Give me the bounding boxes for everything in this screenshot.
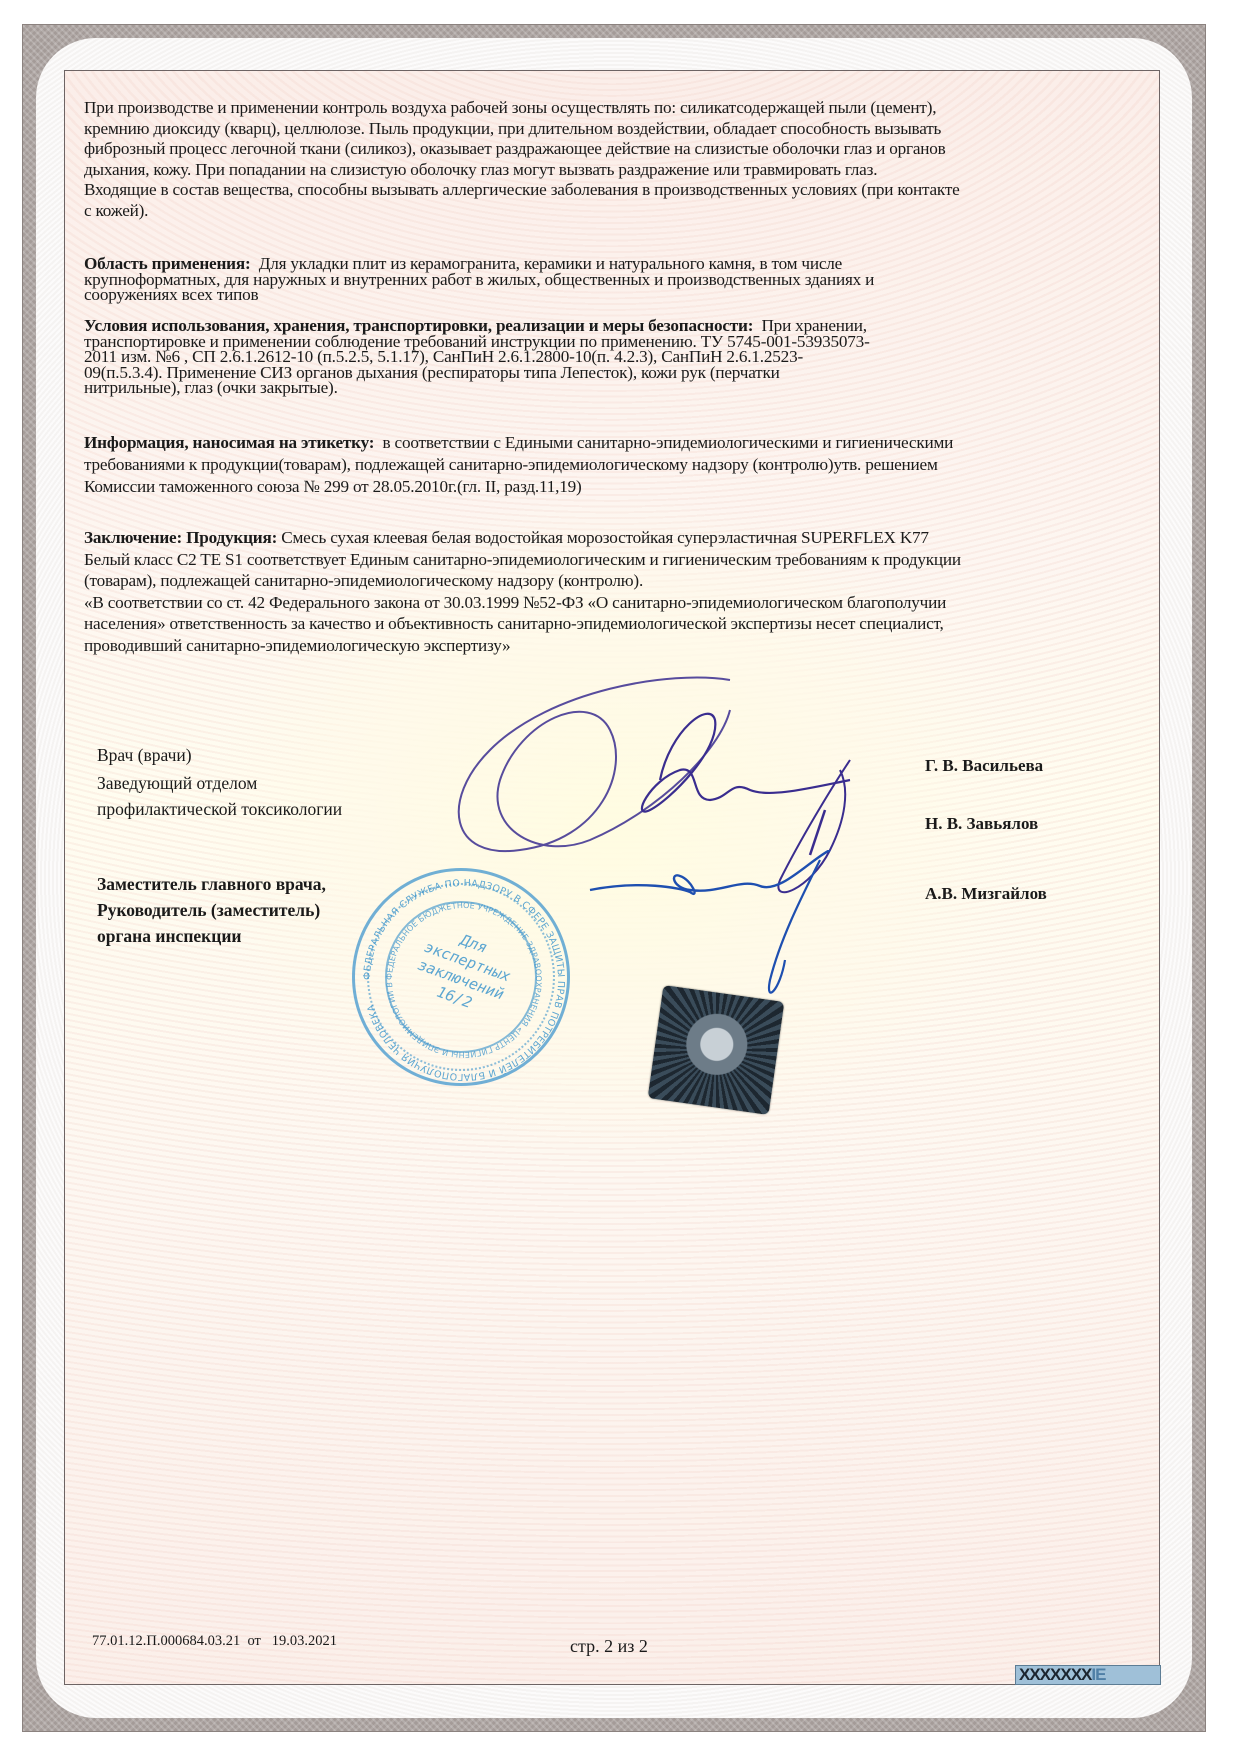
official-stamp: ФЕДЕРАЛЬНАЯ СЛУЖБА ПО НАДЗОРУ В СФЕРЕ ЗА… — [352, 868, 570, 1086]
deputy-name: А.В. Мизгайлов — [925, 884, 1047, 904]
deputy-label-line1: Заместитель главного врача, — [97, 871, 326, 897]
label-info-section: Информация, наносимая на этикетку: в соо… — [84, 432, 1164, 498]
intro-line: Входящие в состав вещества, способны выз… — [84, 180, 1164, 201]
conditions-line: нитрильные), глаз (очки закрытые). — [84, 380, 1164, 396]
label-info-line: требованиями к продукции(товарам), подле… — [84, 454, 1164, 476]
scope-line: сооружениях всех типов — [84, 287, 1164, 303]
intro-line: фиброзный процесс легочной ткани (силико… — [84, 139, 1164, 160]
conditions-section: Условия использования, хранения, транспо… — [84, 318, 1164, 396]
serial-suffix: IE — [1091, 1665, 1105, 1684]
intro-line: с кожей). — [84, 201, 1164, 222]
intro-paragraph: При производстве и применении контроль в… — [84, 98, 1164, 221]
conclusion-line: «В соответствии со ст. 42 Федерального з… — [84, 592, 1164, 614]
intro-line: дыхания, кожу. При попадании на слизисту… — [84, 160, 1164, 181]
conclusion-line: Белый класс C2 TE S1 соответствует Едины… — [84, 549, 1164, 571]
label-info-label: Информация, наносимая на этикетку: — [84, 433, 374, 452]
stamp-center-text: Для экспертных заключений 16/2 — [384, 911, 543, 1031]
conclusion-line: проводивший санитарно-эпидемиологическую… — [84, 635, 1164, 657]
doctor-label: Врач (врачи) — [97, 742, 192, 768]
stamp-ring-icon: ФЕДЕРАЛЬНАЯ СЛУЖБА ПО НАДЗОРУ В СФЕРЕ ЗА… — [355, 871, 573, 1089]
head-label-line1: Заведующий отделом — [97, 770, 257, 796]
conclusion-line: населения» ответственность за качество и… — [84, 613, 1164, 635]
head-name: Н. В. Завьялов — [925, 814, 1038, 834]
conclusion-line: Смесь сухая клеевая белая водостойкая мо… — [281, 528, 929, 547]
conclusion-line: (товарам), подлежащей санитарно-эпидемио… — [84, 570, 1164, 592]
registration-number: 77.01.12.П.000684.03.21 от 19.03.2021 — [92, 1633, 337, 1650]
scope-section: Область применения: Для укладки плит из … — [84, 256, 1164, 303]
intro-line: кремнию диоксиду (кварц), целлюлозе. Пыл… — [84, 119, 1164, 140]
conclusion-section: Заключение: Продукция: Смесь сухая клеев… — [84, 527, 1164, 656]
label-info-line: Комиссии таможенного союза № 299 от 28.0… — [84, 476, 1164, 498]
serial-masked: XXXXXXX — [1019, 1665, 1091, 1684]
deputy-label-line3: органа инспекции — [97, 923, 242, 949]
hologram-seal-icon — [648, 985, 785, 1115]
label-info-line: в соответствии с Едиными санитарно-эпиде… — [383, 433, 954, 452]
serial-number: XXXXXXXIE — [1015, 1665, 1161, 1685]
conclusion-label: Заключение: Продукция: — [84, 528, 277, 547]
head-label-line2: профилактической токсикологии — [97, 796, 342, 822]
intro-line: При производстве и применении контроль в… — [84, 98, 1164, 119]
page-number: стр. 2 из 2 — [570, 1636, 648, 1657]
svg-text:ФЕДЕРАЛЬНАЯ СЛУЖБА ПО НАДЗОРУ: ФЕДЕРАЛЬНАЯ СЛУЖБА ПО НАДЗОРУ В СФЕРЕ ЗА… — [362, 878, 566, 1082]
doctor-name: Г. В. Васильева — [925, 756, 1043, 776]
deputy-label-line2: Руководитель (заместитель) — [97, 897, 320, 923]
